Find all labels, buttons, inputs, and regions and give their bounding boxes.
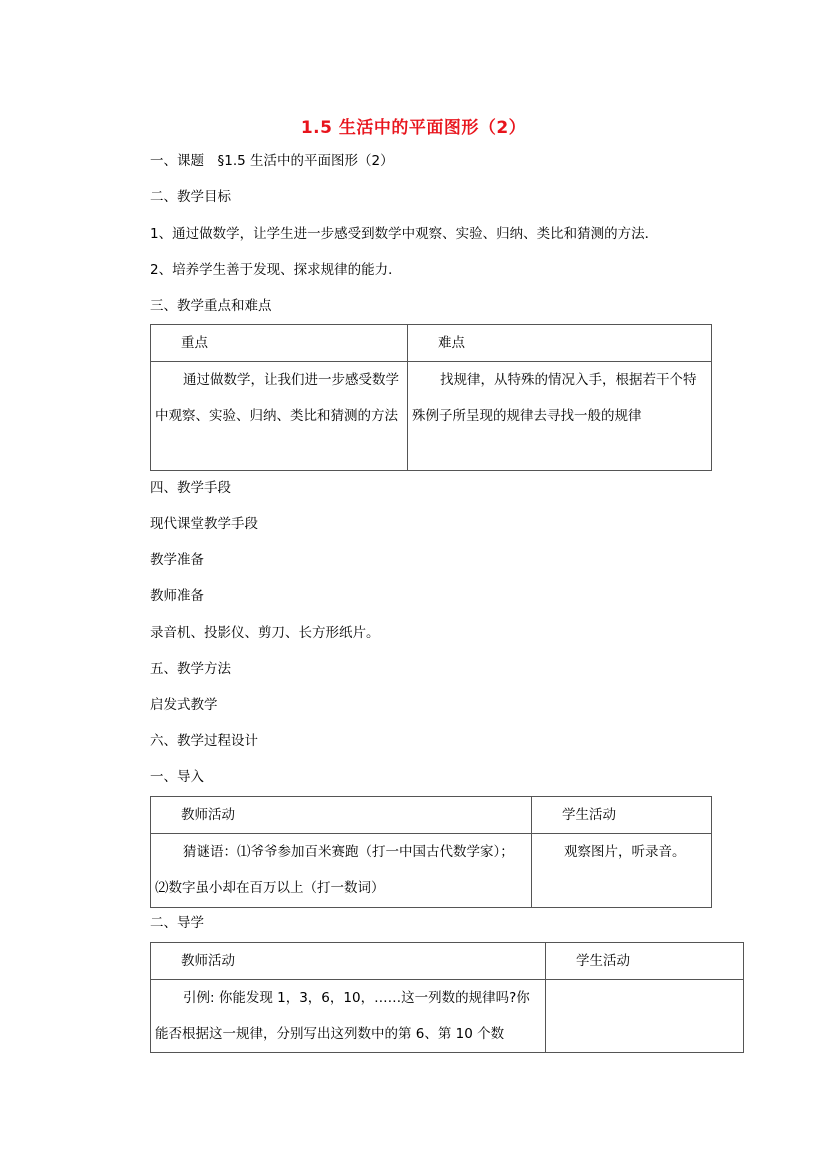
intro-table: 教师活动 学生活动 猜谜语：⑴爷爷参加百米赛跑（打一中国古代数学家）； ⑵数字虽…	[150, 796, 712, 908]
key-points-table: 重点 难点 通过做数学，让我们进一步感受数学中观察、实验、归纳、类比和猜测的方法…	[150, 324, 712, 471]
key-point-header: 重点	[151, 325, 408, 362]
objective-2: 2、培养学生善于发现、探求规律的能力．	[150, 261, 402, 279]
section-topic: 一、课题 §1.5 生活中的平面图形（2）	[150, 152, 394, 170]
guide-table: 教师活动 学生活动 引例: 你能发现 1，3，6，10，……这一列数的规律吗?你…	[150, 942, 744, 1053]
student-activity-header: 学生活动	[546, 943, 744, 980]
preparation-items: 录音机、投影仪、剪刀、长方形纸片。	[150, 624, 380, 642]
preparation-heading: 教学准备	[150, 551, 204, 569]
intro-heading: 一、导入	[150, 768, 204, 786]
section-objectives-heading: 二、教学目标	[150, 188, 231, 206]
section-method-heading: 五、教学方法	[150, 660, 231, 678]
means-text: 现代课堂教学手段	[150, 515, 258, 533]
document-title: 1.5 生活中的平面图形（2）	[0, 113, 827, 138]
difficulty-cell: 找规律，从特殊的情况入手，根据若干个特殊例子所呈现的规律去寻找一般的规律	[408, 362, 712, 471]
student-activity-cell	[546, 980, 744, 1053]
guide-heading: 二、导学	[150, 914, 204, 932]
difficulty-header: 难点	[408, 325, 712, 362]
teacher-activity-cell: 引例: 你能发现 1，3，6，10，……这一列数的规律吗?你能否根据这一规律，分…	[151, 980, 546, 1053]
teacher-activity-cell: 猜谜语：⑴爷爷参加百米赛跑（打一中国古代数学家）； ⑵数字虽小却在百万以上（打一…	[151, 834, 532, 908]
key-point-cell: 通过做数学，让我们进一步感受数学中观察、实验、归纳、类比和猜测的方法	[151, 362, 408, 471]
section-means-heading: 四、教学手段	[150, 479, 231, 497]
teacher-preparation-heading: 教师准备	[150, 587, 204, 605]
teacher-activity-header: 教师活动	[151, 943, 546, 980]
teacher-activity-header: 教师活动	[151, 797, 532, 834]
student-activity-cell: 观察图片，听录音。	[532, 834, 712, 908]
student-activity-header: 学生活动	[532, 797, 712, 834]
objective-1: 1、通过做数学，让学生进一步感受到数学中观察、实验、归纳、类比和猜测的方法．	[150, 225, 658, 243]
section-process-heading: 六、教学过程设计	[150, 732, 258, 750]
section-key-points-heading: 三、教学重点和难点	[150, 297, 272, 315]
method-text: 启发式教学	[150, 696, 218, 714]
